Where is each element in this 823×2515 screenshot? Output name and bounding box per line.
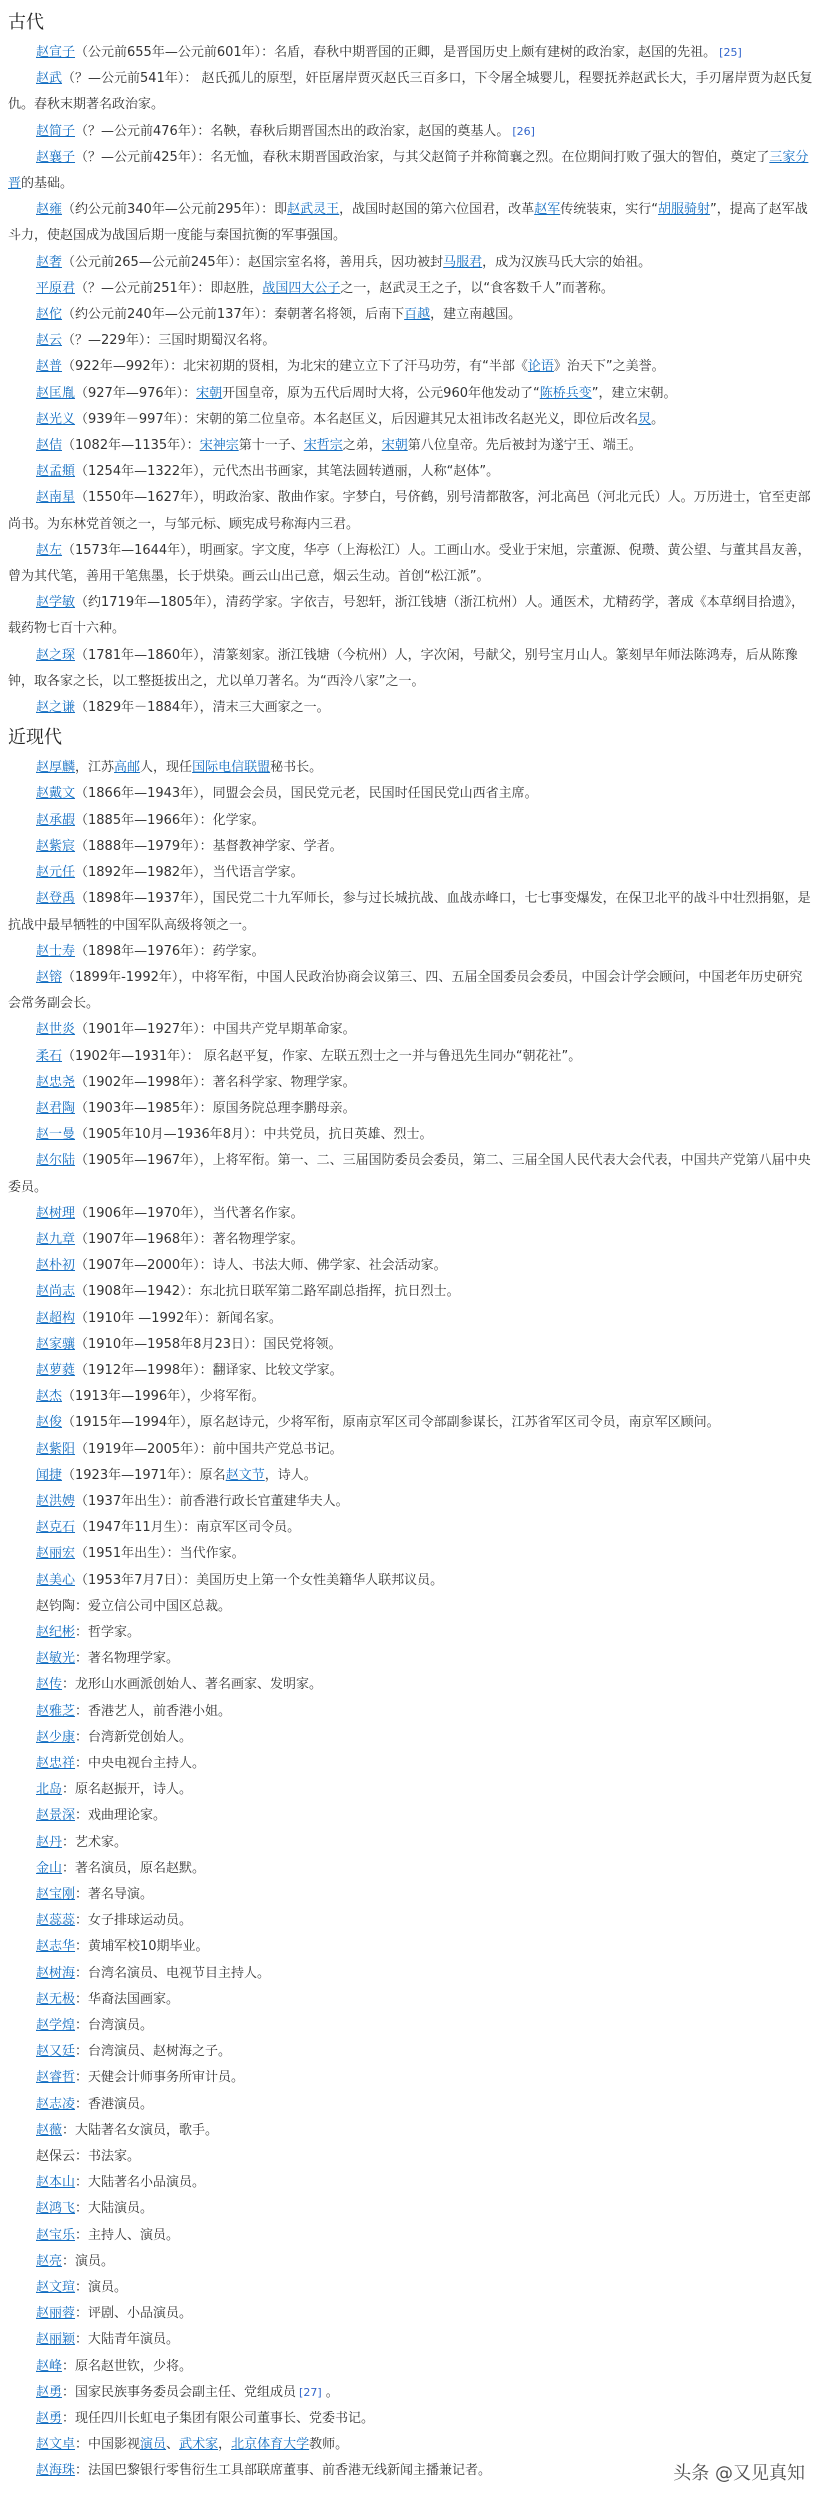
description-text: （1573年—1644年），明画家。字文度，华亭（上海松江）人。工画山水。受业于… <box>8 543 811 584</box>
person-link[interactable]: 赵萝蕤 <box>36 1363 75 1378</box>
description-text: ：台湾新党创始人。 <box>75 1730 192 1745</box>
description-text: ：台湾演员、赵树海之子。 <box>75 2044 231 2059</box>
person-link[interactable]: 赵承嘏 <box>36 813 75 828</box>
description-text: （1951年出生）：当代作家。 <box>75 1546 245 1561</box>
description-text: （公元前265—公元前245年）：赵国宗室名将，善用兵，因功被封 <box>62 255 443 270</box>
list-item: 赵景深：戏曲理论家。 <box>8 1803 815 1829</box>
description-text: （？—229年）：三国时期蜀汉名将。 <box>62 333 275 348</box>
description-text: ：原名赵世钦，少将。 <box>62 2359 192 2374</box>
list-item: 赵紫阳（1919年—2005年）：前中国共产党总书记。 <box>8 1437 815 1463</box>
description-text: ：天健会计师事务所审计员。 <box>75 2070 244 2085</box>
description-text: （公元前655年—公元前601年）：名盾，春秋中期晋国的正卿，是晋国历史上颇有建… <box>75 45 716 60</box>
person-link[interactable]: 赵景深 <box>36 1808 75 1823</box>
list-item: 赵超构（1910年 —1992年）：新闻名家。 <box>8 1306 815 1332</box>
person-link[interactable]: 北京体育大学 <box>231 2437 309 2452</box>
modern-list: 赵厚麟，江苏高邮人，现任国际电信联盟秘书长。赵戴文（1866年—1943年），同… <box>8 755 815 1305</box>
person-link[interactable]: 赵奢 <box>36 255 62 270</box>
list-item: 赵奢（公元前265—公元前245年）：赵国宗室名将，善用兵，因功被封马服君，成为… <box>8 250 815 276</box>
list-item: 赵文瑄：演员。 <box>8 2275 815 2301</box>
description-text: ：大陆著名小品演员。 <box>75 2175 205 2190</box>
person-link[interactable]: 赵普 <box>36 359 62 374</box>
person-link[interactable]: 马服君 <box>443 255 482 270</box>
list-item: 赵峰：原名赵世钦，少将。 <box>8 2354 815 2380</box>
person-link[interactable]: 赵武灵王 <box>287 202 339 217</box>
person-link[interactable]: 赵宣子 <box>36 45 75 60</box>
list-item: 赵志凌：香港演员。 <box>8 2092 815 2118</box>
list-item: 赵南星（1550年—1627年），明政治家、散曲作家。字梦白，号侪鹤，别号清都散… <box>8 485 815 537</box>
person-link[interactable]: 北岛 <box>36 1782 62 1797</box>
person-link[interactable]: 赵孟頫 <box>36 464 75 479</box>
person-link[interactable]: 赵之琛 <box>36 648 75 663</box>
person-link[interactable]: 赵树理 <box>36 1206 75 1221</box>
person-link[interactable]: 高邮 <box>114 760 140 775</box>
description-text: （1919年—2005年）：前中国共产党总书记。 <box>75 1442 343 1457</box>
description-text: （1903年—1985年）：原国务院总理李鹏母亲。 <box>75 1101 356 1116</box>
list-item: 赵鸿飞：大陆演员。 <box>8 2196 815 2222</box>
person-link[interactable]: 赵雅芝 <box>36 1704 75 1719</box>
person-link[interactable]: 赵俊 <box>36 1415 62 1430</box>
description-text: ：演员。 <box>75 2280 127 2295</box>
list-item: 赵家骧（1910年—1958年8月23日）：国民党将领。 <box>8 1332 815 1358</box>
person-link[interactable]: 赵左 <box>36 543 62 558</box>
description-text: 赵保云：书法家。 <box>36 2149 140 2164</box>
person-link[interactable]: 宋朝 <box>382 438 408 453</box>
person-link[interactable]: 赵睿哲 <box>36 2070 75 2085</box>
list-item: 赵尚志（1908年—1942）：东北抗日联军第二路军副总指挥，抗日烈士。 <box>8 1279 815 1305</box>
person-link[interactable]: 赵文卓 <box>36 2437 75 2452</box>
person-link[interactable]: 赵蕊蕊 <box>36 1913 75 1928</box>
list-item: 赵洪娉（1937年出生）：前香港行政长官董建华夫人。 <box>8 1489 815 1515</box>
description-text: （1937年出生）：前香港行政长官董建华夫人。 <box>75 1494 349 1509</box>
list-item: 赵匡胤（927年—976年）：宋朝开国皇帝，原为五代后周时大将，公元960年他发… <box>8 381 815 407</box>
list-item: 赵紫宸（1888年—1979年）：基督教神学家、学者。 <box>8 834 815 860</box>
list-item: 赵左（1573年—1644年），明画家。字文度，华亭（上海松江）人。工画山水。受… <box>8 538 815 590</box>
description-text: ：中央电视台主持人。 <box>75 1756 205 1771</box>
person-link[interactable]: 赵厚麟 <box>36 760 75 775</box>
person-link[interactable]: 赵云 <box>36 333 62 348</box>
description-text: （1888年—1979年）：基督教神学家、学者。 <box>75 839 343 854</box>
description-text: 之一，赵武灵王之子，以“食客数千人”而著称。 <box>340 281 613 296</box>
person-link[interactable]: 赵尚志 <box>36 1284 75 1299</box>
ancient-list: 赵宣子（公元前655年—公元前601年）：名盾，春秋中期晋国的正卿，是晋国历史上… <box>8 40 815 721</box>
list-item: 赵文卓：中国影视演员、武术家，北京体育大学教师。 <box>8 2432 815 2458</box>
list-item: 赵钧陶：爱立信公司中国区总裁。 <box>8 1594 815 1620</box>
description-text: 第十一子、 <box>239 438 304 453</box>
description-text: ：著名演员，原名赵默。 <box>62 1861 205 1876</box>
list-item: 赵忠尧（1902年—1998年）：著名科学家、物理学家。 <box>8 1070 815 1096</box>
description-text: （939年－997年）：宋朝的第二位皇帝。本名赵匡义，后因避其兄太祖讳改名赵光义… <box>75 412 638 427</box>
description-text: ：香港演员。 <box>75 2097 153 2112</box>
person-link[interactable]: 赵紫宸 <box>36 839 75 854</box>
description-text: 传统装束，实行“ <box>560 202 658 217</box>
list-item: 平原君（？—公元前251年）：即赵胜，战国四大公子之一，赵武灵王之子，以“食客数… <box>8 276 815 302</box>
person-link[interactable]: 赵南星 <box>36 490 75 505</box>
list-item: 赵学煌：台湾演员。 <box>8 2013 815 2039</box>
description-text: 》治天下”之美誉。 <box>554 359 665 374</box>
list-item: 赵元任（1892年—1982年），当代语言学家。 <box>8 860 815 886</box>
list-item: 赵普（922年—992年）：北宋初期的贤相，为北宋的建立立下了汗马功劳，有“半部… <box>8 354 815 380</box>
person-link[interactable]: 百越 <box>404 307 430 322</box>
person-link[interactable]: 赵美心 <box>36 1573 75 1588</box>
list-item: 赵世炎（1901年—1927年）：中国共产党早期革命家。 <box>8 1017 815 1043</box>
person-link[interactable]: 赵宝刚 <box>36 1887 75 1902</box>
description-text: （？—公元前251年）：即赵胜， <box>75 281 262 296</box>
list-item: 赵之琛（1781年—1860年），清篆刻家。浙江钱塘（今杭州）人，字次闲，号献父… <box>8 643 815 695</box>
description-text: ：戏曲理论家。 <box>75 1808 166 1823</box>
list-item: 赵敏光：著名物理学家。 <box>8 1646 815 1672</box>
description-text: （1899年-1992年），中将军衔，中国人民政治协商会议第三、四、五届全国委员… <box>8 970 802 1011</box>
description-text: ：中国影视 <box>75 2437 140 2452</box>
list-item: 赵少康：台湾新党创始人。 <box>8 1725 815 1751</box>
list-item: 赵学敏（约1719年—1805年），清药学家。字依吉，号恕轩，浙江钱塘（浙江杭州… <box>8 590 815 642</box>
person-link[interactable]: 赵文节 <box>226 1468 265 1483</box>
description-text: ：台湾演员。 <box>75 2018 153 2033</box>
list-item: 赵亮：演员。 <box>8 2249 815 2275</box>
person-link[interactable]: 赵军 <box>534 202 560 217</box>
description-text: ：演员。 <box>62 2254 114 2269</box>
description-text: （1910年 —1992年）：新闻名家。 <box>75 1311 282 1326</box>
description-text: ”，建立宋朝。 <box>592 386 677 401</box>
list-item: 赵登禹（1898年—1937年），国民党二十九军师长，参与过长城抗战、血战赤峰口… <box>8 886 815 938</box>
description-text: ，战国时赵国的第六位国君，改革 <box>339 202 534 217</box>
description-text: （1908年—1942）：东北抗日联军第二路军副总指挥，抗日烈士。 <box>75 1284 460 1299</box>
person-link[interactable]: 炅 <box>638 412 651 427</box>
person-link[interactable]: 赵匡胤 <box>36 386 75 401</box>
reference-link[interactable]: [26] <box>512 125 535 138</box>
person-link[interactable]: 赵学敏 <box>36 595 75 610</box>
description-text: （1902年—1931年）： 原名赵平复，作家、左联五烈士之一并与鲁迅先生同办“… <box>62 1049 581 1064</box>
description-text: ：主持人、演员。 <box>75 2228 179 2243</box>
list-item: 赵之谦（1829年－1884年），清末三大画家之一。 <box>8 695 815 721</box>
person-link[interactable]: 赵勇 <box>36 2411 62 2426</box>
reference-link[interactable]: [25] <box>719 46 742 59</box>
person-link[interactable]: 赵本山 <box>36 2175 75 2190</box>
person-link[interactable]: 赵士寿 <box>36 944 75 959</box>
list-item: 赵一曼（1905年10月—1936年8月）：中共党员，抗日英雄、烈士。 <box>8 1122 815 1148</box>
description-text: （1953年7月7日）：美国历史上第一个女性美籍华人联邦议员。 <box>75 1573 443 1588</box>
description-text: 之弟， <box>343 438 382 453</box>
description-text: ：龙形山水画派创始人、著名画家、发明家。 <box>62 1677 322 1692</box>
person-link[interactable]: 赵文瑄 <box>36 2280 75 2295</box>
list-item: 赵光义（939年－997年）：宋朝的第二位皇帝。本名赵匡义，后因避其兄太祖讳改名… <box>8 407 815 433</box>
list-item: 赵无极：华裔法国画家。 <box>8 1987 815 2013</box>
description-text: （927年—976年）： <box>75 386 196 401</box>
person-link[interactable]: 赵志华 <box>36 1939 75 1954</box>
description-text: （1915年—1994年），原名赵诗元，少将军衔，原南京军区司令部副参谋长，江苏… <box>62 1415 720 1430</box>
description-text: （？—公元前476年）：名鞅，春秋后期晋国杰出的政治家，赵国的奠基人。 <box>75 124 509 139</box>
description-text: （1885年—1966年）：化学家。 <box>75 813 265 828</box>
list-item: 赵宝乐：主持人、演员。 <box>8 2223 815 2249</box>
person-link[interactable]: 陈桥兵变 <box>540 386 592 401</box>
person-link[interactable]: 赵元任 <box>36 865 75 880</box>
description-text: （1947年11月生）：南京军区司令员。 <box>75 1520 300 1535</box>
person-link[interactable]: 赵忠祥 <box>36 1756 75 1771</box>
list-item: 赵雍（约公元前340年—公元前295年）：即赵武灵王，战国时赵国的第六位国君，改… <box>8 197 815 249</box>
person-link[interactable]: 赵纪彬 <box>36 1625 75 1640</box>
description-text: （约公元前240年—公元前137年）：秦朝著名将领，后南下 <box>62 307 404 322</box>
description-text: ：香港艺人，前香港小姐。 <box>75 1704 231 1719</box>
modern-list-continued: 赵超构（1910年 —1992年）：新闻名家。赵家骧（1910年—1958年8月… <box>8 1306 815 2485</box>
list-item: 赵厚麟，江苏高邮人，现任国际电信联盟秘书长。 <box>8 755 815 781</box>
list-item: 赵蕊蕊：女子排球运动员。 <box>8 1908 815 1934</box>
person-link[interactable]: 赵简子 <box>36 124 75 139</box>
description-text: 。 <box>322 2385 339 2400</box>
list-item: 赵云（？—229年）：三国时期蜀汉名将。 <box>8 328 815 354</box>
description-text: （922年—992年）：北宋初期的贤相，为北宋的建立立下了汗马功劳，有“半部《 <box>62 359 528 374</box>
description-text: 赵钧陶：爱立信公司中国区总裁。 <box>36 1599 231 1614</box>
list-item: 赵传：龙形山水画派创始人、著名画家、发明家。 <box>8 1672 815 1698</box>
person-link[interactable]: 赵之谦 <box>36 700 75 715</box>
description-text: （1907年—1968年）：著名物理学家。 <box>75 1232 304 1247</box>
person-link[interactable]: 赵襄子 <box>36 150 75 165</box>
list-item: 赵勇：现任四川长虹电子集团有限公司董事长、党委书记。 <box>8 2406 815 2432</box>
watermark: 头条 @又见真知 <box>673 2459 805 2485</box>
description-text: ，成为汉族马氏大宗的始祖。 <box>482 255 651 270</box>
description-text: （约公元前340年—公元前295年）：即 <box>62 202 287 217</box>
list-item: 闻捷（1923年—1971年）：原名赵文节，诗人。 <box>8 1463 815 1489</box>
list-item: 赵承嘏（1885年—1966年）：化学家。 <box>8 808 815 834</box>
description-text: （1550年—1627年），明政治家、散曲作家。字梦白，号侪鹤，别号清都散客，河… <box>8 490 811 531</box>
list-item: 赵美心（1953年7月7日）：美国历史上第一个女性美籍华人联邦议员。 <box>8 1568 815 1594</box>
description-text: ：台湾名演员、电视节目主持人。 <box>75 1966 270 1981</box>
person-link[interactable]: 赵九章 <box>36 1232 75 1247</box>
list-item: 赵丽宏（1951年出生）：当代作家。 <box>8 1541 815 1567</box>
list-item: 赵宣子（公元前655年—公元前601年）：名盾，春秋中期晋国的正卿，是晋国历史上… <box>8 40 815 66</box>
person-link[interactable]: 赵学煌 <box>36 2018 75 2033</box>
reference-link[interactable]: [27] <box>299 2386 322 2399</box>
list-item: 赵杰（1913年—1996年），少将军衔。 <box>8 1384 815 1410</box>
list-item: 赵镕（1899年-1992年），中将军衔，中国人民政治协商会议第三、四、五届全国… <box>8 965 815 1017</box>
person-link[interactable]: 平原君 <box>36 281 75 296</box>
description-text: （1082年—1135年）： <box>62 438 200 453</box>
list-item: 赵君陶（1903年—1985年）：原国务院总理李鹏母亲。 <box>8 1096 815 1122</box>
description-text: ：哲学家。 <box>75 1625 140 1640</box>
person-link[interactable]: 赵忠尧 <box>36 1075 75 1090</box>
person-link[interactable]: 赵丽颖 <box>36 2332 75 2347</box>
person-link[interactable]: 赵宝乐 <box>36 2228 75 2243</box>
description-text: ：著名导演。 <box>75 1887 153 1902</box>
list-item: 赵睿哲：天健会计师事务所审计员。 <box>8 2065 815 2091</box>
description-text: ：大陆演员。 <box>75 2201 153 2216</box>
person-link[interactable]: 赵武 <box>36 71 62 86</box>
list-item: 赵勇：国家民族事务委员会副主任、党组成员[27] 。 <box>8 2380 815 2406</box>
person-link[interactable]: 赵克石 <box>36 1520 75 1535</box>
description-text: 秘书长。 <box>270 760 322 775</box>
person-link[interactable]: 论语 <box>528 359 554 374</box>
person-link[interactable]: 赵勇 <box>36 2385 62 2400</box>
description-text: （1866年—1943年），同盟会会员，国民党元老，民国时任国民党山西省主席。 <box>75 786 538 801</box>
description-text: （1781年—1860年），清篆刻家。浙江钱塘（今杭州）人，字次闲，号献父，别号… <box>8 648 798 689</box>
person-link[interactable]: 赵君陶 <box>36 1101 75 1116</box>
person-link[interactable]: 赵洪娉 <box>36 1494 75 1509</box>
list-item: 赵九章（1907年—1968年）：著名物理学家。 <box>8 1227 815 1253</box>
person-link[interactable]: 赵朴初 <box>36 1258 75 1273</box>
description-text: （1910年—1958年8月23日）：国民党将领。 <box>75 1337 341 1352</box>
person-link[interactable]: 赵亮 <box>36 2254 62 2269</box>
person-link[interactable]: 赵海珠 <box>36 2463 75 2478</box>
description-text: （1907年—2000年）：诗人、书法大师、佛学家、社会活动家。 <box>75 1258 447 1273</box>
list-item: 赵本山：大陆著名小品演员。 <box>8 2170 815 2196</box>
person-link[interactable]: 赵光义 <box>36 412 75 427</box>
person-link[interactable]: 宋神宗 <box>200 438 239 453</box>
person-link[interactable]: 赵薇 <box>36 2123 62 2138</box>
description-text: （1898年—1937年），国民党二十九军师长，参与过长城抗战、血战赤峰口，七七… <box>8 891 811 932</box>
description-text: ，江苏 <box>75 760 114 775</box>
list-item: 赵宝刚：著名导演。 <box>8 1882 815 1908</box>
list-item: 赵尔陆（1905年—1967年），上将军衔。第一、二、三届国防委员会委员，第二、… <box>8 1148 815 1200</box>
description-text: ：女子排球运动员。 <box>75 1913 192 1928</box>
description-text: （1923年—1971年）：原名 <box>62 1468 226 1483</box>
person-link[interactable]: 赵峰 <box>36 2359 62 2374</box>
list-item: 赵雅芝：香港艺人，前香港小姐。 <box>8 1699 815 1725</box>
list-item: 赵士寿（1898年—1976年）：药学家。 <box>8 939 815 965</box>
person-link[interactable]: 赵戴文 <box>36 786 75 801</box>
description-text: ：原名赵振开，诗人。 <box>62 1782 192 1797</box>
description-text: ：艺术家。 <box>62 1835 127 1850</box>
section-heading-ancient: 古代 <box>8 10 815 36</box>
description-text: （1254年—1322年），元代杰出书画家，其笔法圆转遒丽，人称“赵体”。 <box>75 464 499 479</box>
list-item: 金山：著名演员，原名赵默。 <box>8 1856 815 1882</box>
list-item: 赵纪彬：哲学家。 <box>8 1620 815 1646</box>
list-item: 赵志华：黄埔军校10期毕业。 <box>8 1934 815 1960</box>
description-text: （？—公元前541年）： 赵氏孤儿的原型，奸臣屠岸贾灭赵氏三百多口，下令屠全城婴… <box>8 71 812 112</box>
description-text: 开国皇帝，原为五代后周时大将，公元960年他发动了“ <box>222 386 540 401</box>
description-text: （1892年—1982年），当代语言学家。 <box>75 865 304 880</box>
list-item: 赵佗（约公元前240年—公元前137年）：秦朝著名将领，后南下百越，建立南越国。 <box>8 302 815 328</box>
description-text: ：著名物理学家。 <box>75 1651 179 1666</box>
description-text: 教师。 <box>309 2437 348 2452</box>
description-text: （1829年－1884年），清末三大画家之一。 <box>75 700 330 715</box>
list-item: 赵俊（1915年—1994年），原名赵诗元，少将军衔，原南京军区司令部副参谋长，… <box>8 1410 815 1436</box>
description-text: （1901年—1927年）：中国共产党早期革命家。 <box>75 1022 356 1037</box>
person-link[interactable]: 国际电信联盟 <box>192 760 270 775</box>
person-link[interactable]: 武术家 <box>179 2437 218 2452</box>
description-text: ：现任四川长虹电子集团有限公司董事长、党委书记。 <box>62 2411 374 2426</box>
description-text: （1905年10月—1936年8月）：中共党员，抗日英雄、烈士。 <box>75 1127 432 1142</box>
person-link[interactable]: 宋朝 <box>196 386 222 401</box>
person-link[interactable]: 赵一曼 <box>36 1127 75 1142</box>
list-item: 北岛：原名赵振开，诗人。 <box>8 1777 815 1803</box>
description-text: ：华裔法国画家。 <box>75 1992 179 2007</box>
list-item: 赵佶（1082年—1135年）：宋神宗第十一子、宋哲宗之弟，宋朝第八位皇帝。先后… <box>8 433 815 459</box>
person-link[interactable]: 宋哲宗 <box>304 438 343 453</box>
person-link[interactable]: 赵无极 <box>36 1992 75 2007</box>
description-text: ：法国巴黎银行零售衍生工具部联席董事、前香港无线新闻主播兼记者。 <box>75 2463 491 2478</box>
person-link[interactable]: 演员 <box>140 2437 166 2452</box>
person-link[interactable]: 赵超构 <box>36 1311 75 1326</box>
person-link[interactable]: 赵佶 <box>36 438 62 453</box>
person-link[interactable]: 赵丽宏 <box>36 1546 75 1561</box>
list-item: 赵孟頫（1254年—1322年），元代杰出书画家，其笔法圆转遒丽，人称“赵体”。 <box>8 459 815 485</box>
description-text: 的基础。 <box>21 176 73 191</box>
person-link[interactable]: 赵杰 <box>36 1389 62 1404</box>
list-item: 赵丽蓉：评剧、小品演员。 <box>8 2301 815 2327</box>
person-link[interactable]: 柔石 <box>36 1049 62 1064</box>
list-item: 赵丹：艺术家。 <box>8 1830 815 1856</box>
description-text: ：黄埔军校10期毕业。 <box>75 1939 209 1954</box>
person-link[interactable]: 赵少康 <box>36 1730 75 1745</box>
description-text: 。 <box>651 412 664 427</box>
description-text: 第八位皇帝。先后被封为遂宁王、端王。 <box>408 438 642 453</box>
description-text: （？—公元前425年）：名无恤，春秋末期晋国政治家，与其父赵简子并称简襄之烈。在… <box>75 150 769 165</box>
list-item: 赵武（？—公元前541年）： 赵氏孤儿的原型，奸臣屠岸贾灭赵氏三百多口，下令屠全… <box>8 66 815 118</box>
person-link[interactable]: 赵世炎 <box>36 1022 75 1037</box>
person-link[interactable]: 赵敏光 <box>36 1651 75 1666</box>
person-link[interactable]: 赵佗 <box>36 307 62 322</box>
description-text: （1898年—1976年）：药学家。 <box>75 944 265 959</box>
person-link[interactable]: 赵家骧 <box>36 1337 75 1352</box>
list-item: 赵丽颖：大陆青年演员。 <box>8 2327 815 2353</box>
person-link[interactable]: 赵镕 <box>36 970 62 985</box>
list-item: 赵树海：台湾名演员、电视节目主持人。 <box>8 1961 815 1987</box>
person-link[interactable]: 赵传 <box>36 1677 62 1692</box>
person-link[interactable]: 赵雍 <box>36 202 62 217</box>
person-link[interactable]: 赵丽蓉 <box>36 2306 75 2321</box>
person-link[interactable]: 赵志凌 <box>36 2097 75 2112</box>
person-link[interactable]: 赵登禹 <box>36 891 75 906</box>
list-item: 柔石（1902年—1931年）： 原名赵平复，作家、左联五烈士之一并与鲁迅先生同… <box>8 1044 815 1070</box>
person-link[interactable]: 赵紫阳 <box>36 1442 75 1457</box>
description-text: （1905年—1967年），上将军衔。第一、二、三届国防委员会委员，第二、三届全… <box>8 1153 811 1194</box>
person-link[interactable]: 赵尔陆 <box>36 1153 75 1168</box>
description-text: （1913年—1996年），少将军衔。 <box>62 1389 265 1404</box>
section-heading-modern: 近现代 <box>8 725 815 751</box>
list-item: 赵戴文（1866年—1943年），同盟会会员，国民党元老，民国时任国民党山西省主… <box>8 781 815 807</box>
person-link[interactable]: 赵鸿飞 <box>36 2201 75 2216</box>
description-text: （1906年—1970年），当代著名作家。 <box>75 1206 304 1221</box>
description-text: 人，现任 <box>140 760 192 775</box>
person-link[interactable]: 赵又廷 <box>36 2044 75 2059</box>
description-text: ，建立南越国。 <box>430 307 521 322</box>
person-link[interactable]: 闻捷 <box>36 1468 62 1483</box>
list-item: 赵薇：大陆著名女演员，歌手。 <box>8 2118 815 2144</box>
person-link[interactable]: 战国四大公子 <box>262 281 340 296</box>
list-item: 赵又廷：台湾演员、赵树海之子。 <box>8 2039 815 2065</box>
description-text: ：国家民族事务委员会副主任、党组成员 <box>62 2385 296 2400</box>
list-item: 赵萝蕤（1912年—1998年）：翻译家、比较文学家。 <box>8 1358 815 1384</box>
person-link[interactable]: 赵丹 <box>36 1835 62 1850</box>
person-link[interactable]: 赵树海 <box>36 1966 75 1981</box>
list-item: 赵保云：书法家。 <box>8 2144 815 2170</box>
list-item: 赵克石（1947年11月生）：南京军区司令员。 <box>8 1515 815 1541</box>
description-text: ：大陆青年演员。 <box>75 2332 179 2347</box>
person-link[interactable]: 胡服骑射 <box>658 202 710 217</box>
list-item: 赵简子（？—公元前476年）：名鞅，春秋后期晋国杰出的政治家，赵国的奠基人。[2… <box>8 119 815 145</box>
person-link[interactable]: 金山 <box>36 1861 62 1876</box>
description-text: ：大陆著名女演员，歌手。 <box>62 2123 218 2138</box>
list-item: 赵朴初（1907年—2000年）：诗人、书法大师、佛学家、社会活动家。 <box>8 1253 815 1279</box>
description-text: （约1719年—1805年），清药学家。字依吉，号恕轩，浙江钱塘（浙江杭州）人。… <box>8 595 804 636</box>
article-content: 古代 赵宣子（公元前655年—公元前601年）：名盾，春秋中期晋国的正卿，是晋国… <box>0 0 823 2485</box>
description-text: ：评剧、小品演员。 <box>75 2306 192 2321</box>
list-item: 赵忠祥：中央电视台主持人。 <box>8 1751 815 1777</box>
description-text: （1902年—1998年）：著名科学家、物理学家。 <box>75 1075 356 1090</box>
description-text: ，诗人。 <box>265 1468 317 1483</box>
description-text: 、 <box>166 2437 179 2452</box>
list-item: 赵树理（1906年—1970年），当代著名作家。 <box>8 1201 815 1227</box>
list-item: 赵襄子（？—公元前425年）：名无恤，春秋末期晋国政治家，与其父赵简子并称简襄之… <box>8 145 815 197</box>
description-text: （1912年—1998年）：翻译家、比较文学家。 <box>75 1363 343 1378</box>
description-text: ， <box>218 2437 231 2452</box>
